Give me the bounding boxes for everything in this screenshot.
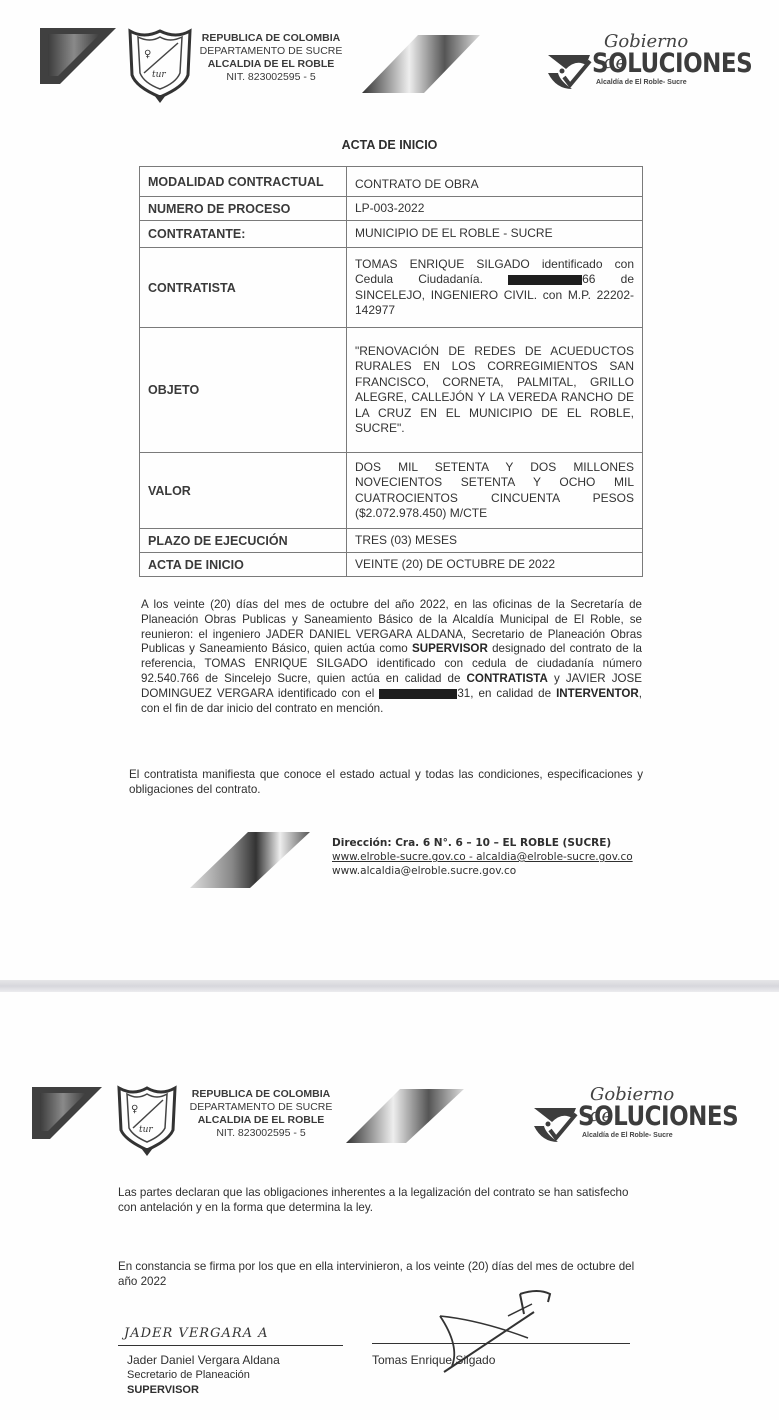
svg-text:♀: ♀	[144, 49, 151, 60]
row-label: CONTRATISTA	[140, 248, 347, 328]
brand-subtitle-text: Alcaldía de El Roble- Sucre	[596, 79, 687, 86]
decorative-slash-icon	[38, 26, 118, 86]
row-value: TOMAS ENRIQUE SILGADO identificado con C…	[347, 248, 643, 328]
letterhead-nit: NIT. 823002595 - 5	[196, 71, 346, 84]
row-label: NUMERO DE PROCESO	[140, 197, 347, 221]
row-label: VALOR	[140, 453, 347, 529]
svg-text:♀: ♀	[131, 1104, 138, 1115]
supervisor-role: SUPERVISOR	[127, 1383, 280, 1398]
table-row: NUMERO DE PROCESO LP-003-2022	[140, 197, 643, 221]
letterhead-department: DEPARTAMENTO DE SUCRE	[196, 45, 346, 58]
document-page-2: ♀ tur REPUBLICA DE COLOMBIA DEPARTAMENTO…	[0, 992, 779, 1420]
row-value: MUNICIPIO DE EL ROBLE - SUCRE	[347, 221, 643, 248]
letterhead-country: REPUBLICA DE COLOMBIA	[196, 32, 346, 45]
letterhead-text: REPUBLICA DE COLOMBIA DEPARTAMENTO DE SU…	[186, 1088, 336, 1140]
svg-text:tur: tur	[139, 1125, 153, 1135]
coat-of-arms-icon: ♀ tur	[113, 1082, 181, 1156]
row-label: OBJETO	[140, 328, 347, 453]
letterhead-country: REPUBLICA DE COLOMBIA	[186, 1088, 336, 1101]
table-row: OBJETO "RENOVACIÓN DE REDES DE ACUEDUCTO…	[140, 328, 643, 453]
contract-info-table: MODALIDAD CONTRACTUAL CONTRATO DE OBRA N…	[139, 166, 643, 577]
footer-website-email-link[interactable]: www.elroble-sucre.gov.co - alcaldia@elro…	[332, 850, 712, 864]
contractor-name: Tomas Enrique Silgado	[372, 1353, 495, 1368]
document-title: ACTA DE INICIO	[0, 138, 779, 152]
decorative-slash-icon	[188, 830, 312, 890]
row-value: LP-003-2022	[347, 197, 643, 221]
supervisor-title: Secretario de Planeación	[127, 1368, 280, 1383]
row-label: CONTRATANTE:	[140, 221, 347, 248]
row-label: PLAZO DE EJECUCIÓN	[140, 529, 347, 553]
gobierno-soluciones-logo: Gobierno de SOLUCIONES Alcaldía de El Ro…	[532, 1086, 702, 1146]
paragraph-text: 31, en calidad de	[457, 687, 556, 700]
table-row: CONTRATANTE: MUNICIPIO DE EL ROBLE - SUC…	[140, 221, 643, 248]
decorative-slash-icon	[344, 1087, 466, 1145]
row-value: DOS MIL SETENTA Y DOS MILLONES NOVECIENT…	[347, 453, 643, 529]
table-row: PLAZO DE EJECUCIÓN TRES (03) MESES	[140, 529, 643, 553]
signature-line	[118, 1345, 343, 1346]
row-value: CONTRATO DE OBRA	[347, 167, 643, 197]
gobierno-soluciones-logo: Gobierno de SOLUCIONES Alcaldía de El Ro…	[546, 33, 716, 93]
redacted-id	[508, 275, 582, 285]
footer-address-block: Dirección: Cra. 6 N°. 6 – 10 – EL ROBLE …	[332, 836, 712, 878]
svg-text:tur: tur	[152, 70, 166, 80]
document-page-1: ♀ tur REPUBLICA DE COLOMBIA DEPARTAMENTO…	[0, 0, 779, 980]
legalization-paragraph: Las partes declaran que las obligaciones…	[118, 1186, 638, 1216]
decorative-slash-icon	[360, 33, 482, 95]
row-value: TRES (03) MESES	[347, 529, 643, 553]
letterhead-department: DEPARTAMENTO DE SUCRE	[186, 1101, 336, 1114]
brand-subtitle-text: Alcaldía de El Roble- Sucre	[582, 1132, 673, 1139]
row-value: VEINTE (20) DE OCTUBRE DE 2022	[347, 553, 643, 577]
coat-of-arms-icon: ♀ tur	[124, 25, 196, 103]
footer-web[interactable]: www.alcaldia@elroble.sucre.gov.co	[332, 864, 712, 878]
table-row: ACTA DE INICIO VEINTE (20) DE OCTUBRE DE…	[140, 553, 643, 577]
letterhead-municipality: ALCALDIA DE EL ROBLE	[186, 1114, 336, 1127]
interventor-label: INTERVENTOR	[556, 687, 639, 700]
footer-address: Dirección: Cra. 6 N°. 6 – 10 – EL ROBLE …	[332, 836, 712, 850]
page-separator	[0, 980, 779, 992]
letterhead-nit: NIT. 823002595 - 5	[186, 1127, 336, 1140]
supervisor-signature: JADER VERGARA A	[124, 1326, 269, 1341]
supervisor-name: Jader Daniel Vergara Aldana	[127, 1353, 280, 1368]
supervisor-label: SUPERVISOR	[412, 642, 488, 655]
letterhead-text: REPUBLICA DE COLOMBIA DEPARTAMENTO DE SU…	[196, 32, 346, 84]
letterhead-municipality: ALCALDIA DE EL ROBLE	[196, 58, 346, 71]
contractor-statement-paragraph: El contratista manifiesta que conoce el …	[129, 768, 643, 798]
checkmark-leaf-icon	[546, 49, 592, 91]
table-row: VALOR DOS MIL SETENTA Y DOS MILLONES NOV…	[140, 453, 643, 529]
redacted-id	[379, 689, 457, 699]
row-value: "RENOVACIÓN DE REDES DE ACUEDUCTOS RURAL…	[347, 328, 643, 453]
decorative-slash-icon	[30, 1085, 104, 1141]
brand-title-text: SOLUCIONES	[592, 49, 752, 79]
checkmark-leaf-icon	[532, 1102, 578, 1144]
contractor-signature-scribble	[420, 1286, 580, 1386]
contratista-label: CONTRATISTA	[467, 672, 548, 685]
table-row: CONTRATISTA TOMAS ENRIQUE SILGADO identi…	[140, 248, 643, 328]
supervisor-signature-block: Jader Daniel Vergara Aldana Secretario d…	[127, 1353, 280, 1398]
opening-paragraph: A los veinte (20) días del mes de octubr…	[141, 598, 642, 716]
row-label: MODALIDAD CONTRACTUAL	[140, 167, 347, 197]
row-label: ACTA DE INICIO	[140, 553, 347, 577]
brand-title-text: SOLUCIONES	[578, 1102, 738, 1132]
table-row: MODALIDAD CONTRACTUAL CONTRATO DE OBRA	[140, 167, 643, 197]
